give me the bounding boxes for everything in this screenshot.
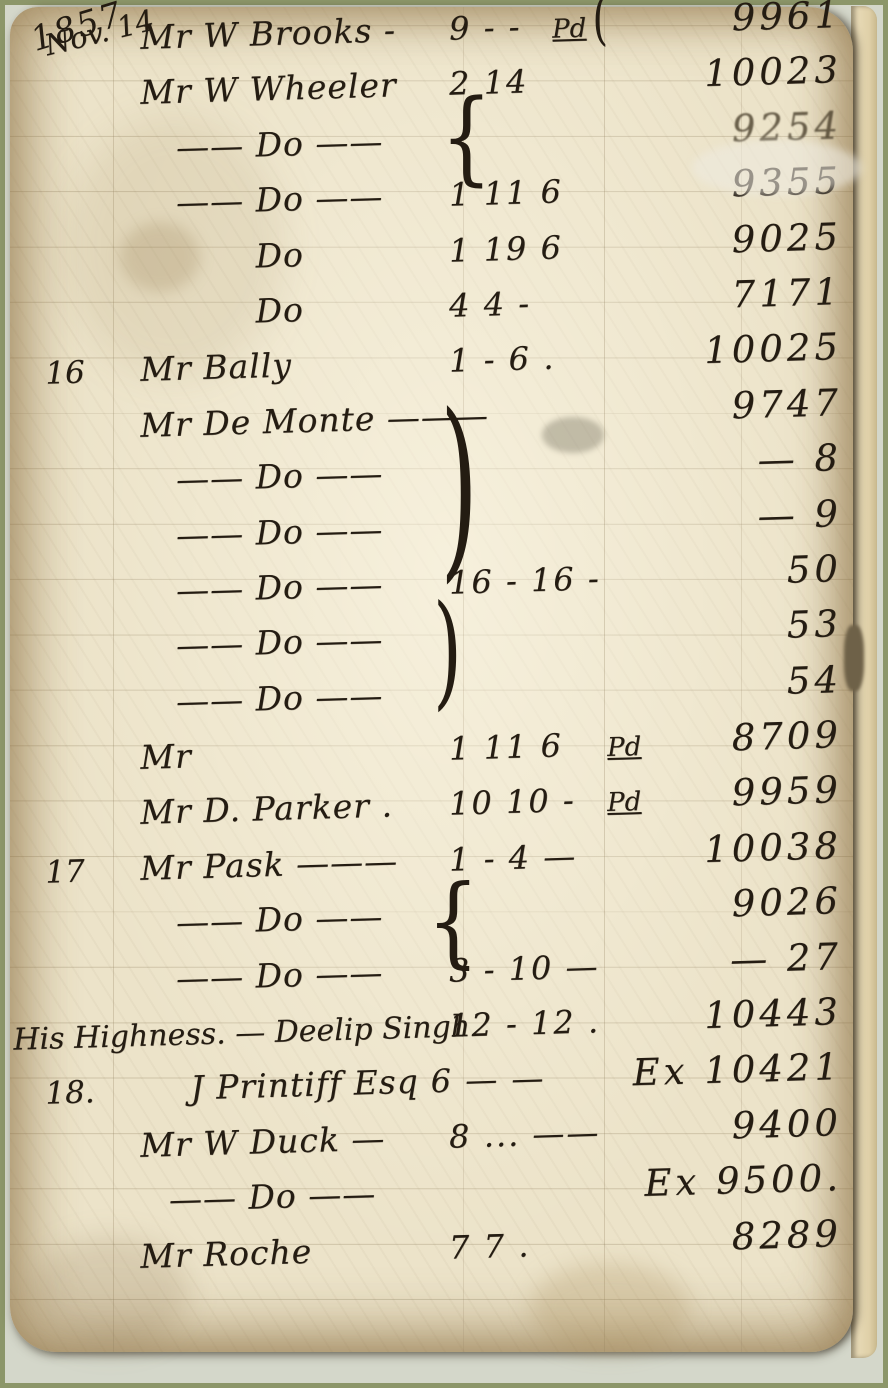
amount-cell: 1 - 6 .: [449, 338, 600, 385]
folio-number-cell: 10023: [662, 49, 852, 103]
ledger-rows: Nov. 14 Mr W Brooks - 9 - - Pd 9961 Mr W…: [10, 9, 853, 1283]
folio-number-cell: 8289: [662, 1212, 852, 1266]
amount-cell: 4 4 -: [449, 283, 600, 330]
amount-cell: 1 11 6: [449, 172, 600, 219]
amount-cell: 16 - 16 -: [449, 560, 600, 607]
day-cell: [10, 1277, 111, 1285]
folio-number-cell: 8709: [662, 713, 852, 767]
folio-number-cell: 9961: [662, 0, 852, 47]
folio-number-cell: 9400: [662, 1101, 852, 1155]
folio-number-cell: 10443: [662, 990, 852, 1044]
folio-number-cell: Ex 9500.: [644, 1156, 853, 1210]
folio-number-cell: 10025: [662, 326, 852, 380]
amount-cell: 1 19 6: [449, 227, 600, 274]
folio-number-cell: 10038: [662, 824, 852, 878]
folio-number-cell: — 8: [662, 436, 852, 490]
paid-mark: Pd: [599, 732, 664, 769]
folio-number-cell: Ex 10421: [632, 1046, 853, 1100]
ledger-page: 1857 ( { ) ) { Nov. 14 Mr W Brooks - 9 -…: [10, 7, 853, 1352]
amount-cell: 2 14: [449, 61, 600, 108]
amount-cell: 7 7 .: [449, 1224, 600, 1271]
folio-number-cell: — 9: [662, 492, 852, 546]
amount-cell: 3 - 10 —: [449, 947, 600, 994]
day-cell: 17: [9, 853, 111, 897]
folio-number-cell: 53: [662, 602, 852, 656]
folio-number-cell: 9959: [662, 769, 852, 823]
amount-cell: 6 — —: [430, 1059, 573, 1106]
paid-mark: Pd: [544, 13, 609, 50]
scanned-ledger-screenshot: { "page": { "year": "1857" }, "marks": {…: [0, 0, 888, 1388]
amount-cell: 1 11 6: [449, 726, 600, 773]
paid-mark: Pd: [599, 787, 664, 824]
folio-number-cell: 9254: [662, 104, 852, 158]
folio-number-cell: 50: [662, 547, 852, 601]
day-cell: 18.: [9, 1075, 107, 1119]
amount-cell: 10 10 -: [449, 781, 600, 828]
folio-number-cell: — 27: [662, 935, 852, 989]
folio-number-cell: 9026: [662, 879, 852, 933]
adjacent-page-edge: [851, 6, 877, 1358]
folio-number-cell: 9025: [662, 215, 852, 269]
folio-number-cell: 54: [662, 658, 852, 712]
folio-number-cell: 9355: [662, 159, 852, 213]
day-cell: 16: [9, 355, 111, 399]
amount-cell: 1 - 4 —: [449, 837, 600, 884]
folio-number-cell: 7171: [662, 270, 852, 324]
amount-cell: 8 ... ——: [449, 1113, 600, 1160]
amount-cell: 12 - 12 .: [449, 1003, 600, 1050]
folio-number-cell: 9747: [662, 381, 852, 435]
paid-mark: [600, 1260, 664, 1267]
name-cell: Mr Roche: [110, 1228, 450, 1282]
